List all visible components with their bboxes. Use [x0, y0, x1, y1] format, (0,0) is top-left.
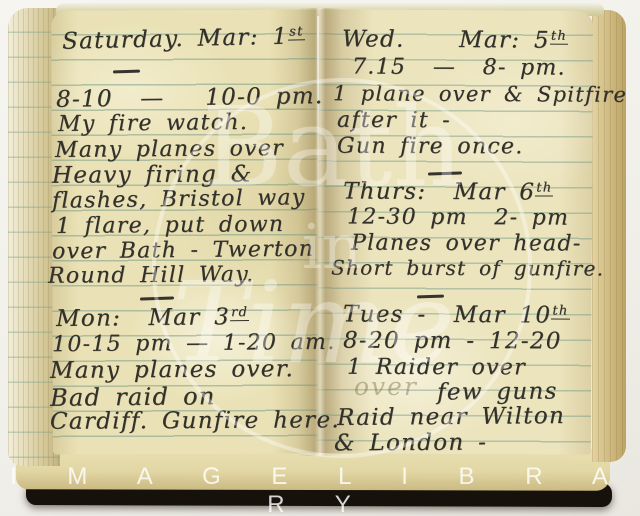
diary-line: Cardiff. Gunfire here.	[50, 407, 340, 435]
ink-dash	[417, 295, 444, 299]
line-text: 12-30 pm 2- pm	[347, 204, 569, 230]
handwriting-layer: Saturday. Mar: 1st 8-10 — 10-0 pm. My fi…	[0, 0, 640, 516]
diary-entry-date: Thurs: Mar 6th	[343, 178, 554, 205]
diary-line: 10-15 pm — 1-20 am.	[52, 330, 336, 357]
line-text: Many planes over.	[50, 356, 294, 384]
line-text: 8-10 — 10-0 pm.	[56, 83, 324, 113]
line-text: flashes, Bristol way	[52, 185, 306, 214]
line-text: 8-20 pm - 12-20	[343, 328, 562, 355]
diary-entry-date: Tues - Mar 10th	[343, 301, 570, 328]
notebook-photo: Saturday. Mar: 1st 8-10 — 10-0 pm. My fi…	[0, 0, 640, 516]
diary-line: Many planes over.	[50, 356, 294, 384]
date-ordinal: rd	[230, 305, 249, 321]
ink-dash	[113, 70, 140, 74]
diary-line: Planes over head-	[351, 231, 582, 257]
date-text: Tues - Mar 10	[343, 301, 551, 328]
line-text: over Bath - Twerton	[52, 237, 314, 265]
date-text: Wed. Mar: 5	[342, 26, 550, 53]
line-text: Gun fire once.	[337, 134, 524, 160]
line-text: few guns	[437, 378, 558, 405]
diary-line: My fire watch.	[58, 110, 248, 137]
line-text: 1 plane over & Spitfire	[333, 81, 627, 107]
line-text: & London -	[334, 430, 487, 457]
diary-line: 7.15 — 8- pm.	[352, 54, 566, 80]
diary-line: flashes, Bristol way	[52, 185, 306, 214]
diary-line: 8-20 pm - 12-20	[343, 328, 562, 355]
diary-line: over Bath - Twerton	[52, 237, 314, 265]
ink-dash	[428, 171, 462, 175]
date-ordinal: st	[288, 24, 305, 40]
diary-line: 12-30 pm 2- pm	[347, 204, 569, 230]
line-text: My fire watch.	[58, 110, 248, 137]
line-text: Planes over head-	[351, 231, 582, 257]
line-text: Round Hill Way.	[48, 262, 254, 288]
diary-line: Raid near Wilton	[337, 403, 565, 431]
diary-line: Gun fire once.	[337, 134, 524, 160]
diary-line: Round Hill Way.	[48, 262, 254, 288]
line-text: 7.15 — 8- pm.	[352, 54, 566, 80]
diary-line: after it -	[337, 108, 451, 133]
diary-line: Short burst of gunfire.	[331, 256, 604, 281]
diary-line: & London -	[334, 430, 487, 457]
diary-entry-date: Wed. Mar: 5th	[342, 26, 568, 54]
ink-dash	[140, 296, 174, 300]
diary-line: 1 plane over & Spitfire	[333, 81, 627, 107]
line-text: 1 flare, put down	[56, 212, 285, 239]
line-text: Short burst of gunfire.	[331, 256, 604, 281]
date-text: Saturday. Mar: 1	[62, 24, 289, 55]
date-ordinal: th	[550, 29, 568, 45]
date-ordinal: th	[551, 303, 569, 319]
line-text: 10-15 pm — 1-20 am.	[52, 330, 336, 357]
line-text: Cardiff. Gunfire here.	[50, 407, 340, 435]
diary-line: 8-10 — 10-0 pm.	[56, 83, 324, 113]
date-text: Thurs: Mar 6	[343, 178, 535, 205]
date-ordinal: th	[535, 180, 553, 196]
diary-line: Heavy firing &	[52, 161, 253, 188]
line-text: Heavy firing &	[52, 161, 253, 188]
diary-line: Many planes over	[55, 136, 284, 163]
line-text: Raid near Wilton	[337, 403, 565, 431]
bleed-through-text: over	[354, 372, 418, 401]
line-text: Many planes over	[55, 136, 284, 163]
diary-line: few guns	[437, 378, 558, 405]
diary-line: 1 flare, put down	[56, 212, 285, 239]
diary-entry-date: Saturday. Mar: 1st	[62, 23, 305, 55]
date-text: Mon: Mar 3	[56, 304, 230, 332]
line-text: after it -	[337, 108, 451, 133]
diary-entry-date: Mon: Mar 3rd	[56, 304, 249, 332]
